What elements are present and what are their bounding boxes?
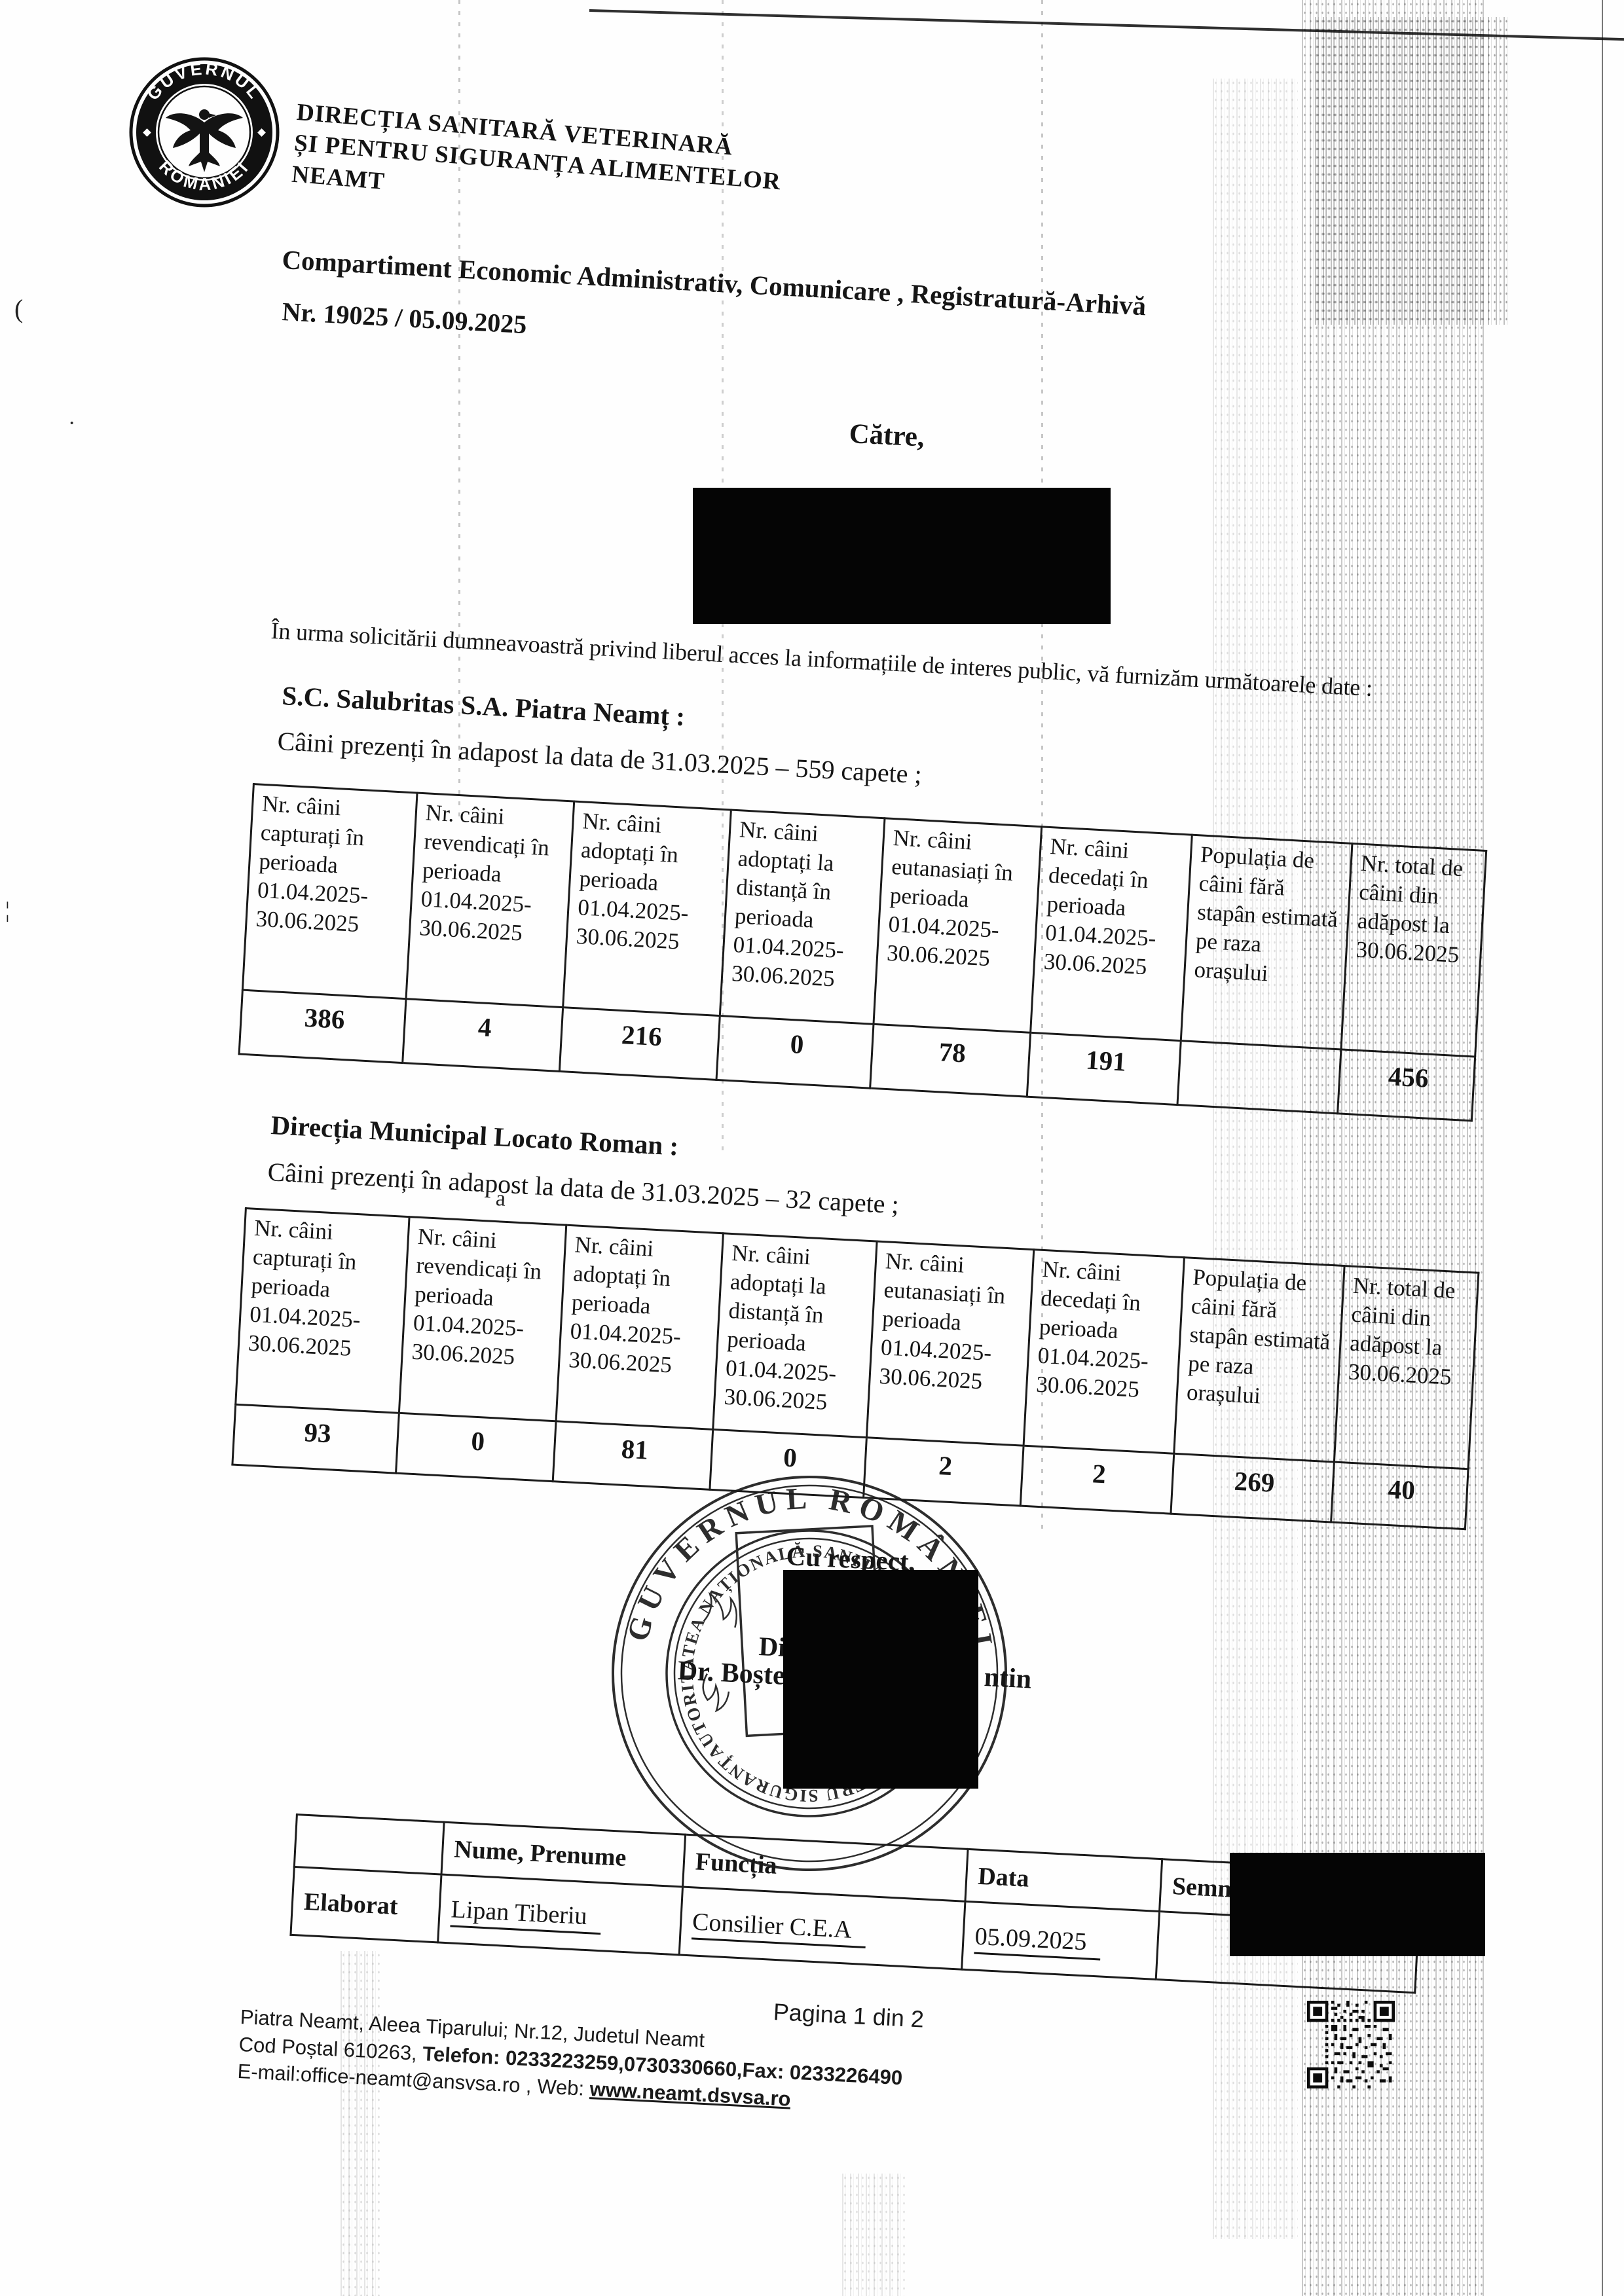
redaction-block-signatory: [783, 1570, 978, 1789]
table-header-cell: Nr. câini decedați în perioada 01.04.202…: [1024, 1250, 1184, 1454]
table-header-cell: Nr. câini eutanasiați în perioada 01.04.…: [874, 818, 1042, 1033]
redaction-block-recipient: [693, 488, 1111, 624]
scan-speck: ·: [68, 411, 75, 436]
table-header-cell: Nr. câini adoptați în perioada 01.04.202…: [556, 1225, 723, 1429]
table-header-cell: Nr. câini decedați în perioada 01.04.202…: [1031, 827, 1192, 1041]
signoff-role-cell: Elaborat: [291, 1867, 441, 1942]
table-header-cell: Nr. câini adoptați la distanță în perioa…: [720, 810, 885, 1024]
section1-subtitle: Câini prezenți în adapost la data de 31.…: [277, 725, 923, 790]
eagle-icon: [166, 109, 243, 172]
signoff-name: Lipan Tiberiu: [450, 1895, 602, 1935]
page-indicator: Pagina 1 din 2: [773, 1998, 925, 2033]
closing-title-fragment: Di: [758, 1630, 786, 1663]
signoff-header-cell: [294, 1815, 444, 1874]
table-header-cell: Nr. câini adoptați în perioada 01.04.202…: [563, 801, 731, 1016]
signoff-position-cell: Consilier C.E.A: [679, 1887, 965, 1969]
scan-noise-band: [1315, 17, 1509, 325]
signoff-name-cell: Lipan Tiberiu: [438, 1874, 683, 1955]
reference-number: Nr. 19025 / 05.09.2025: [281, 296, 527, 340]
scanned-document-page: ( · ¦ GUVERNUL ROMÂNIEI DIRECȚIA SANITAR…: [0, 0, 1624, 2296]
scan-noise-band: [842, 2174, 905, 2296]
scan-speck: (: [14, 293, 23, 324]
qr-code: [1307, 2001, 1395, 2088]
signoff-position: Consilier C.E.A: [692, 1908, 867, 1948]
redaction-block-signature: [1230, 1853, 1485, 1956]
section1-title: S.C. Salubritas S.A. Piatra Neamț :: [281, 680, 686, 732]
table-value-cell: 78: [870, 1024, 1031, 1097]
table-value-cell: 0: [396, 1413, 556, 1481]
section1-table: Nr. câini capturați în perioada 01.04.20…: [238, 783, 1488, 1121]
signoff-date: 05.09.2025: [974, 1922, 1101, 1960]
government-seal-logo: GUVERNUL ROMÂNIEI: [126, 54, 282, 210]
table-value-cell: 0: [716, 1016, 874, 1089]
scan-right-edge-line: [1602, 0, 1603, 2296]
scan-crease-line: [458, 0, 460, 818]
closing-name-fragment-left: Dr. Boște: [677, 1655, 786, 1692]
table-value-cell: 4: [403, 999, 563, 1072]
table-header-cell: Nr. câini capturați în perioada 01.04.20…: [236, 1209, 409, 1413]
table-header-cell: Nr. câini revendicați în perioada 01.04.…: [406, 793, 574, 1008]
table-header-cell: Nr. câini revendicați în perioada 01.04.…: [399, 1217, 566, 1421]
scan-speck: ¦: [5, 898, 10, 923]
salutation: Către,: [849, 418, 925, 454]
section2-subtitle: Câini prezenți în adapost la data de 31.…: [267, 1156, 900, 1220]
table-value-cell: 93: [232, 1404, 399, 1473]
table-value-cell: 2: [1020, 1446, 1173, 1514]
closing-name-fragment-right: ntin: [984, 1662, 1033, 1695]
scan-noise-band: [341, 1951, 380, 2296]
table-value-cell: 386: [239, 990, 406, 1063]
table-value-cell: 216: [559, 1008, 720, 1080]
signoff-date-cell: 05.09.2025: [962, 1901, 1160, 1979]
table-value-cell: 191: [1027, 1032, 1181, 1104]
table-header-cell: Nr. câini capturați în perioada 01.04.20…: [242, 784, 417, 999]
letterhead-org-title: DIRECȚIA SANITARĂ VETERINARĂ ȘI PENTRU S…: [291, 97, 784, 228]
table-header-cell: Nr. câini adoptați la distanță în perioa…: [713, 1233, 877, 1438]
table-header-cell: Nr. câini eutanasiați în perioada 01.04.…: [866, 1241, 1033, 1446]
section2-title: Direcția Municipal Locato Roman :: [270, 1109, 679, 1162]
scan-crease-line: [1041, 0, 1043, 1532]
